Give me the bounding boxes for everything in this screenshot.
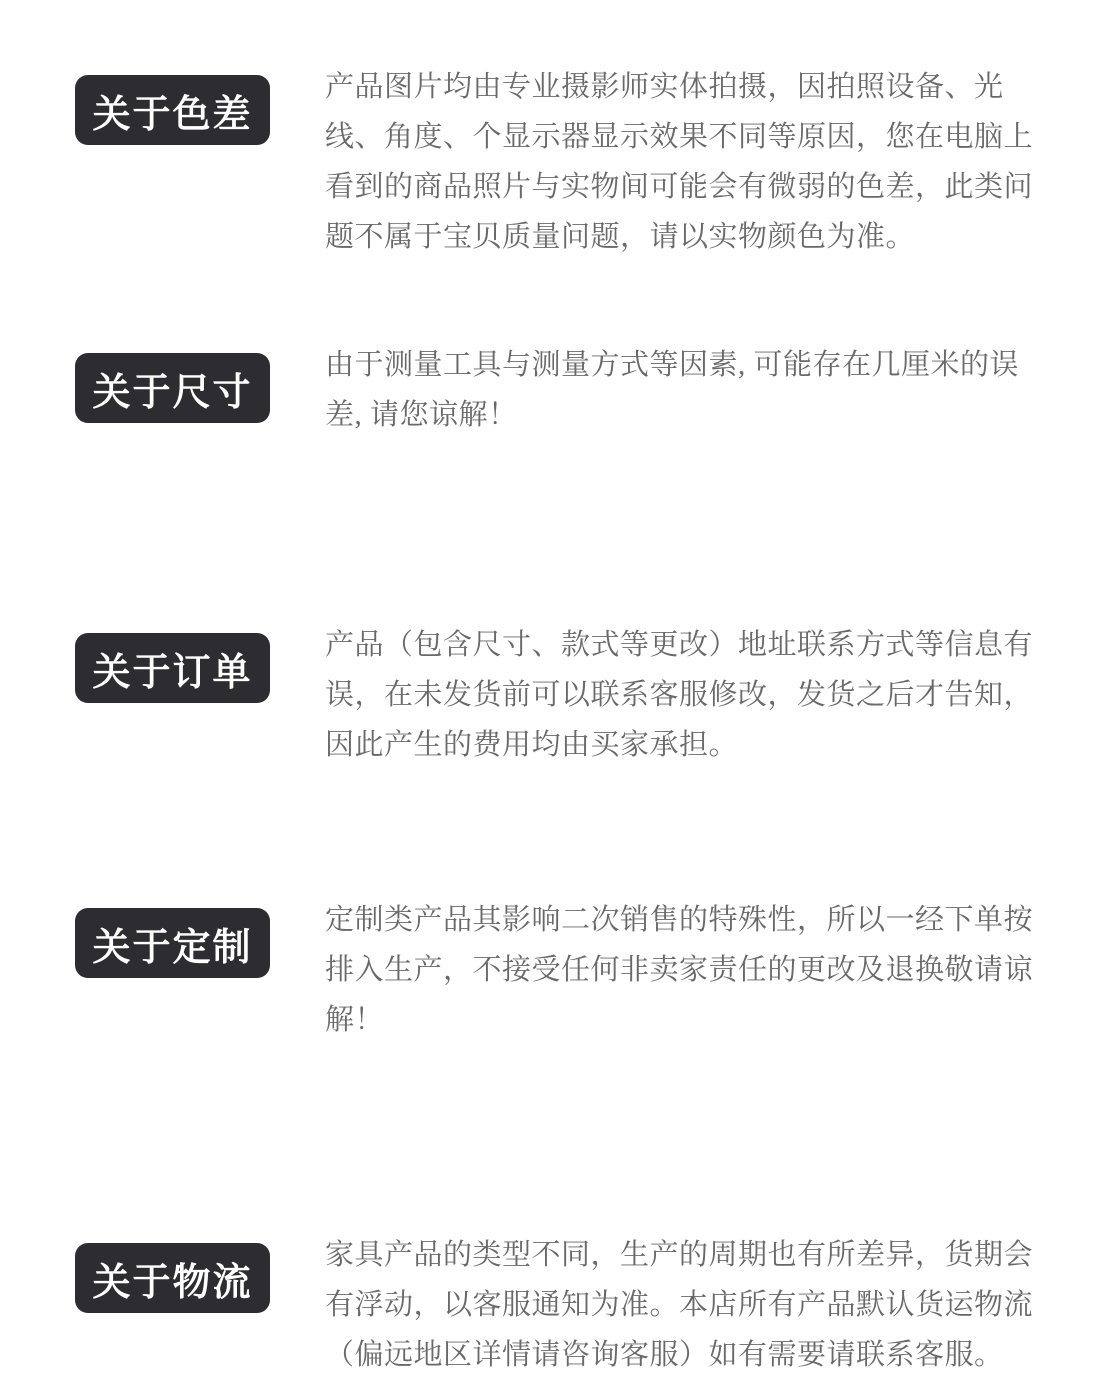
notice-row-logistics: 关于物流 家具产品的类型不同，生产的周期也有所差异，货期会有浮动，以客服通知为准… <box>75 1230 1105 1380</box>
notice-text-logistics: 家具产品的类型不同，生产的周期也有所差异，货期会有浮动，以客服通知为准。本店所有… <box>325 1230 1037 1380</box>
notice-badge-customization: 关于定制 <box>75 908 270 978</box>
notice-badge-size: 关于尺寸 <box>75 353 270 423</box>
notice-badge-logistics: 关于物流 <box>75 1243 270 1313</box>
notice-row-order: 关于订单 产品（包含尺寸、款式等更改）地址联系方式等信息有误，在未发货前可以联系… <box>75 620 1105 770</box>
notice-text-color-difference: 产品图片均由专业摄影师实体拍摄，因拍照设备、光线、角度、个显示器显示效果不同等原… <box>325 62 1037 262</box>
notice-row-color-difference: 关于色差 产品图片均由专业摄影师实体拍摄，因拍照设备、光线、角度、个显示器显示效… <box>75 62 1105 262</box>
notice-badge-color-difference: 关于色差 <box>75 75 270 145</box>
product-notices-section: 关于色差 产品图片均由专业摄影师实体拍摄，因拍照设备、光线、角度、个显示器显示效… <box>0 0 1105 1380</box>
notice-badge-order: 关于订单 <box>75 633 270 703</box>
notice-text-size: 由于测量工具与测量方式等因素, 可能存在几厘米的误差, 请您谅解！ <box>325 340 1037 440</box>
notice-row-customization: 关于定制 定制类产品其影响二次销售的特殊性，所以一经下单按排入生产，不接受任何非… <box>75 895 1105 1045</box>
notice-text-order: 产品（包含尺寸、款式等更改）地址联系方式等信息有误，在未发货前可以联系客服修改，… <box>325 620 1037 770</box>
notice-text-customization: 定制类产品其影响二次销售的特殊性，所以一经下单按排入生产，不接受任何非卖家责任的… <box>325 895 1037 1045</box>
notice-row-size: 关于尺寸 由于测量工具与测量方式等因素, 可能存在几厘米的误差, 请您谅解！ <box>75 340 1105 440</box>
